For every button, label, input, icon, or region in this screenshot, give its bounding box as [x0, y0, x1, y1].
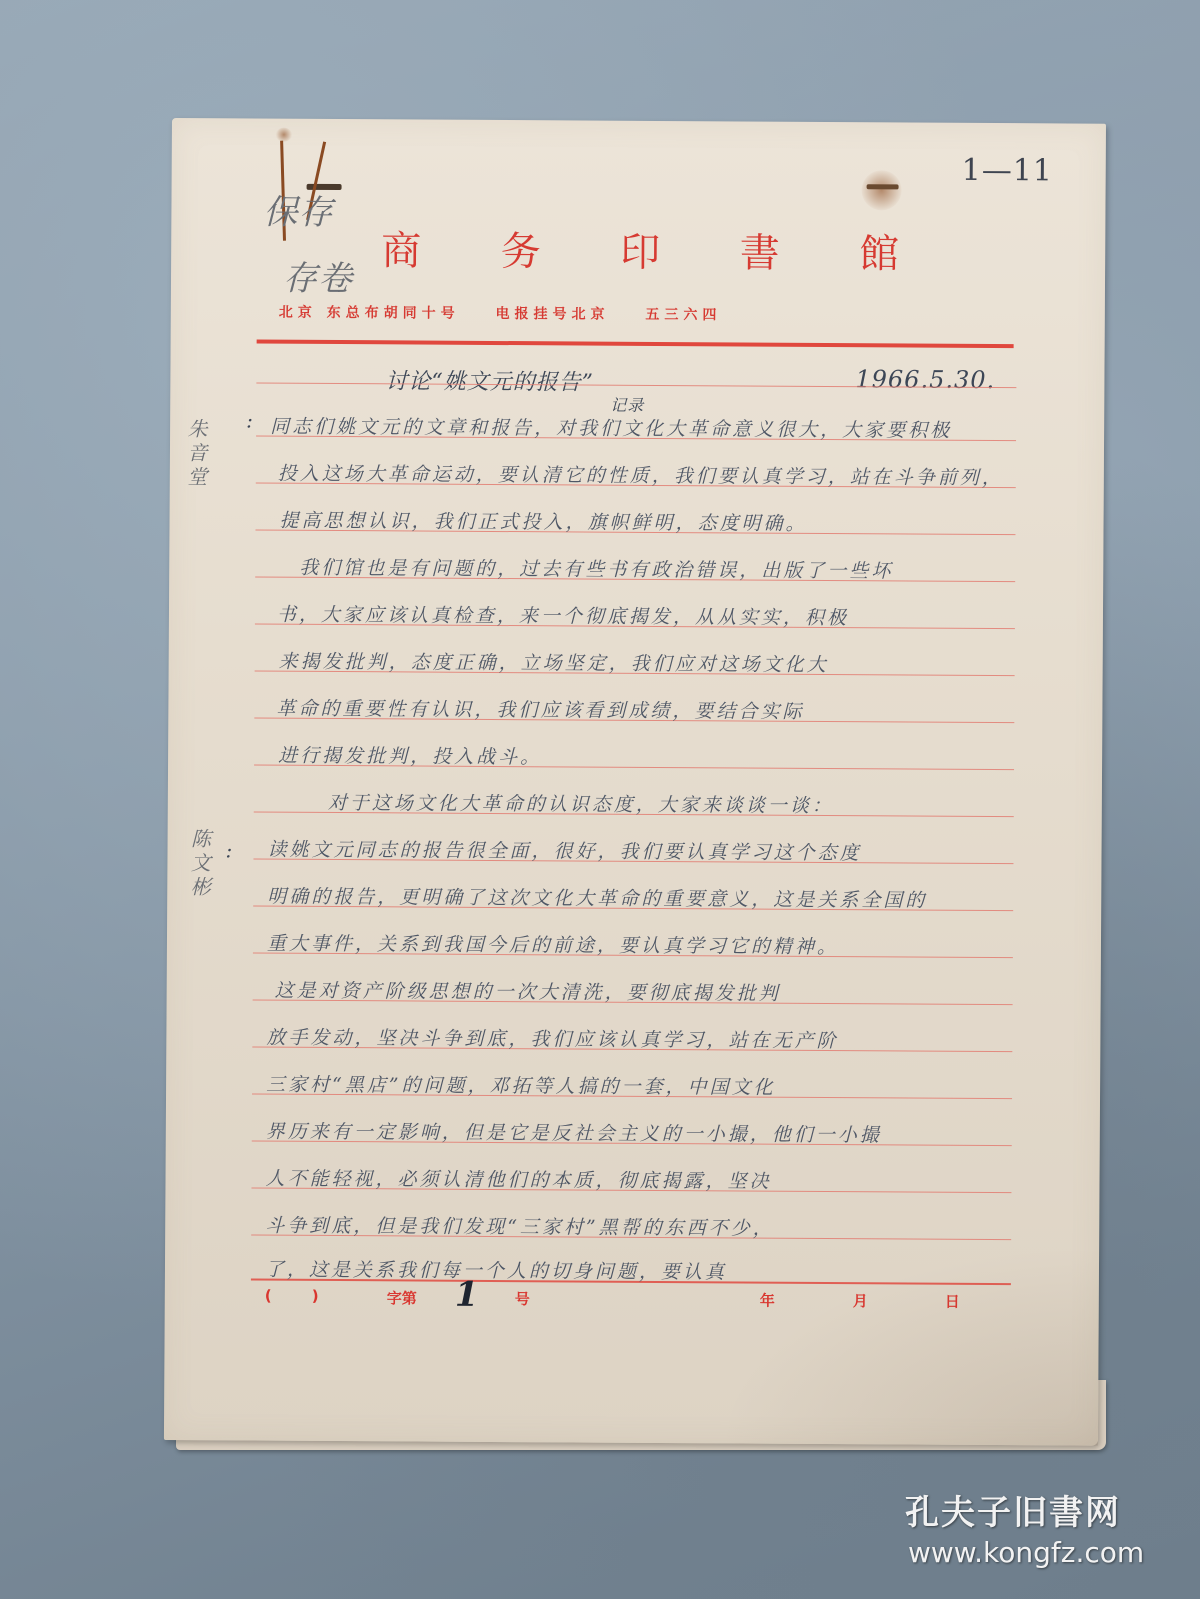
handwritten-line: 重大事件，关系到我国今后的前途，要认真学习它的精神。 [267, 929, 1007, 961]
letterhead-char: 印 [620, 221, 662, 278]
handwritten-line: 斗争到底，但是我们发现“三家村”黑帮的东西不少， [265, 1211, 1005, 1243]
handwritten-line: 这是对资产阶级思想的一次大清洗，要彻底揭发批判 [275, 976, 1015, 1008]
footer-bracket-open: ( [265, 1287, 272, 1305]
footer-zi-di: 字第 [387, 1287, 417, 1308]
letterhead-char: 务 [501, 220, 543, 277]
letterhead-address: 北京 东总布胡同十号 [279, 305, 460, 322]
speaker-name-margin: 陈文彬 [185, 828, 214, 900]
speaker-colon: : [246, 408, 254, 432]
letterhead-telegraph: 电报挂号北京 [496, 306, 610, 323]
letterhead-title: 商 务 印 書 館 [381, 219, 901, 279]
handwritten-line: 人不能轻视，必须认清他们的本质，彻底揭露，坚决 [265, 1164, 1005, 1196]
site-watermark: 孔夫子旧書网 www.kongfz.com [905, 1485, 1144, 1569]
letterhead-char: 書 [740, 221, 782, 278]
footer-year: 年 [760, 1290, 775, 1311]
speaker-colon: : [225, 838, 233, 862]
letterhead-char: 館 [859, 222, 901, 279]
document-heading: 讨论“姚文元的报告” [385, 364, 594, 396]
pencil-note-keep: 保存 [263, 185, 333, 234]
handwritten-line: 我们馆也是有问题的，过去有些书有政治错误，出版了一些坏 [299, 553, 1039, 585]
handwritten-line: 了，这是关系我们每一个人的切身问题，要认真 [265, 1255, 1005, 1287]
footer-bracket-close: ) [312, 1287, 319, 1305]
handwritten-line: 进行揭发批判，投入战斗。 [278, 741, 1018, 773]
binder-slot-right [867, 184, 899, 189]
speaker-name-margin: 朱音堂 [182, 418, 211, 490]
letterhead-char: 商 [381, 219, 423, 276]
handwritten-line: 书，大家应该认真检查，来一个彻底揭发，从从实实，积极 [277, 600, 1017, 632]
footer-month: 月 [853, 1290, 868, 1311]
handwritten-line: 投入这场大革命运动，要认清它的性质，我们要认真学习，站在斗争前列， [278, 459, 1018, 491]
page-mark: 1—11 [962, 153, 1053, 189]
document-date: 1966.5.30. [855, 365, 995, 394]
handwritten-line: 界历来有一定影响，但是它是反社会主义的一小撮，他们一小撮 [266, 1117, 1006, 1149]
footer-document-number: 1 [455, 1275, 480, 1315]
rust-stain-top [276, 128, 292, 142]
footer-day: 日 [945, 1291, 960, 1312]
letterhead-address-line: 北京 东总布胡同十号 电报挂号北京 五三六四 [279, 302, 748, 325]
letter-sheet: 1—11 保存 存卷 商 务 印 書 館 北京 东总布胡同十号 电报挂号北京 五… [164, 118, 1106, 1446]
handwritten-line: 放手发动，坚决斗争到底，我们应该认真学习，站在无产阶 [266, 1023, 1006, 1055]
handwritten-line: 三家村“黑店”的问题，邓拓等人搞的一套，中国文化 [266, 1070, 1006, 1102]
letterhead-telegraph-code: 五三六四 [645, 307, 721, 323]
handwritten-line: 读姚文元同志的报告很全面，很好，我们要认真学习这个态度 [267, 835, 1007, 867]
document-subheading: 记录 [610, 393, 644, 416]
handwritten-line: 同志们姚文元的文章和报告，对我们文化大革命意义很大，大家要积极 [270, 412, 1010, 444]
handwritten-line: 提高思想认识，我们正式投入，旗帜鲜明，态度明确。 [279, 506, 1019, 538]
rust-stain [861, 170, 901, 210]
footer-hao: 号 [515, 1288, 530, 1309]
handwritten-line: 革命的重要性有认识，我们应该看到成绩，要结合实际 [276, 694, 1016, 726]
pencil-note-file: 存卷 [283, 251, 353, 300]
handwritten-line: 明确的报告，更明确了这次文化大革命的重要意义，这是关系全国的 [267, 882, 1007, 914]
watermark-url: www.kongfz.com [908, 1536, 1144, 1569]
handwritten-line: 来揭发批判，态度正确，立场坚定，我们应对这场文化大 [279, 647, 1019, 679]
watermark-site-name: 孔夫子旧書网 [905, 1485, 1144, 1534]
handwritten-line: 对于这场文化大革命的认识态度，大家来谈谈一谈： [328, 788, 1068, 820]
letterhead-rule [257, 340, 1014, 349]
